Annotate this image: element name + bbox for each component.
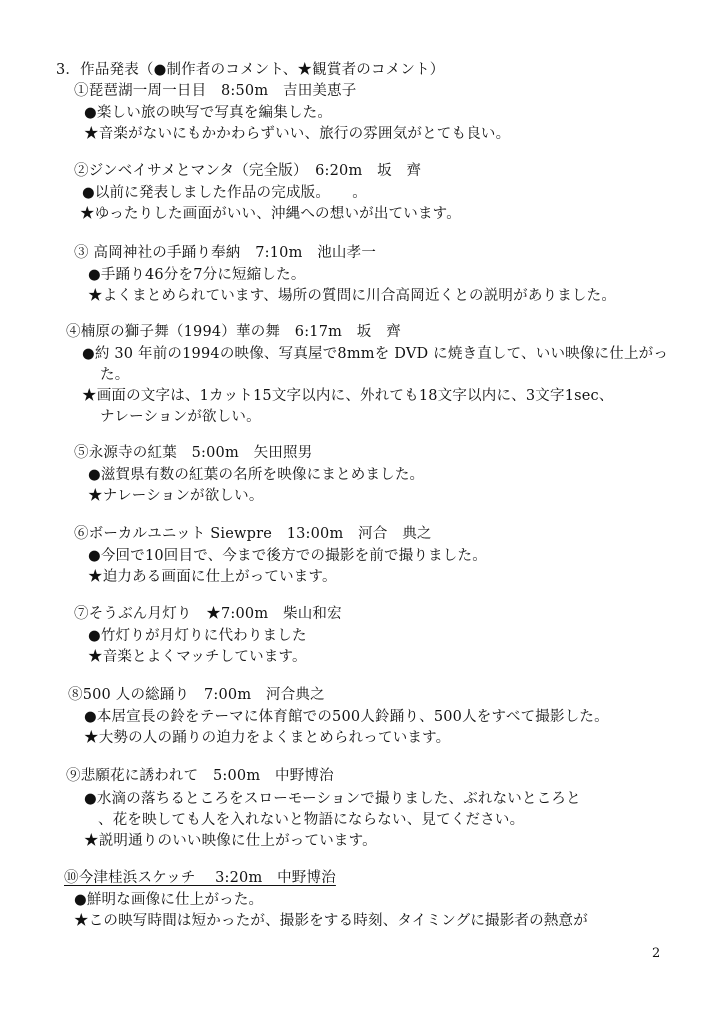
creator-comment: ●手踊り46分を7分に短縮した。 (88, 265, 306, 285)
entry-title: ②ジンベイサメとマンタ（完全版） 6:20m 坂 齊 (74, 161, 421, 181)
creator-comment: ●水滴の落ちるところをスローモーションで撮りました、ぶれないところと (84, 789, 581, 809)
viewer-comment: ★画面の文字は、1カット15文字以内に、外れても18文字以内に、3文字1sec、 (82, 386, 614, 406)
entry-title: ④楠原の獅子舞（1994）華の舞 6:17m 坂 齊 (66, 322, 401, 342)
viewer-comment: ★ナレーションが欲しい。 (88, 486, 264, 506)
creator-comment: ●今回で10回目で、今まで後方での撮影を前で撮りました。 (88, 546, 487, 566)
entry-title: ③ 高岡神社の手踊り奉納 7:10m 池山孝一 (74, 243, 376, 263)
creator-comment: ●鮮明な画像に仕上がった。 (74, 890, 263, 910)
entry-title: ①琵琶湖一周一日目 8:50m 吉田美恵子 (74, 81, 357, 101)
viewer-comment: ★大勢の人の踊りの迫力をよくまとめられっています。 (84, 728, 450, 748)
viewer-comment: ★音楽がないにもかかわらずいい、旅行の雰囲気がとても良い。 (84, 124, 510, 144)
creator-comment: ●以前に発表しました作品の完成版。 。 (82, 183, 367, 203)
creator-comment: ●本居宣長の鈴をテーマに体育館での500人鈴踊り、500人をすべて撮影した。 (84, 707, 609, 727)
creator-comment-cont: 、花を映しても人を入れないと物語にならない、見てください。 (98, 810, 524, 830)
entry-title: ⑨悲願花に誘われて 5:00m 中野博治 (66, 766, 334, 786)
viewer-comment: ★よくまとめられています、場所の質問に川合高岡近くとの説明がありました。 (88, 286, 616, 306)
section-heading: 3．作品発表（●制作者のコメント、★観賞者のコメント） (56, 60, 444, 80)
viewer-comment: ★ゆったりした画面がいい、沖縄への想いが出ています。 (80, 204, 461, 224)
creator-comment: ●竹灯りが月灯りに代わりました (88, 626, 307, 646)
creator-comment: ●楽しい旅の映写で写真を編集した。 (84, 103, 332, 123)
viewer-comment: ★音楽とよくマッチしています。 (88, 647, 307, 667)
entry-title: ⑧500 人の総踊り 7:00m 河合典之 (68, 685, 325, 705)
entry-title: ⑥ボーカルユニット Siewpre 13:00m 河合 典之 (74, 524, 432, 544)
creator-comment: ●約 30 年前の1994の映像、写真屋で8mmを DVD に焼き直して、いい映… (82, 344, 668, 364)
entry-title: ⑤永源寺の紅葉 5:00m 矢田照男 (74, 443, 312, 463)
viewer-comment: ★説明通りのいい映像に仕上がっています。 (84, 831, 377, 851)
viewer-comment: ★この映写時間は短かったが、撮影をする時刻、タイミングに撮影者の熱意が (74, 911, 588, 931)
page-number: 2 (652, 946, 660, 961)
viewer-comment-cont: ナレーションが欲しい。 (100, 407, 261, 427)
entry-title: ⑦そうぶん月灯り ★7:00m 柴山和宏 (74, 604, 342, 624)
creator-comment-cont: た。 (100, 365, 129, 385)
creator-comment: ●滋賀県有数の紅葉の名所を映像にまとめました。 (88, 465, 424, 485)
entry-title: ⑩今津桂浜スケッチ 3:20m 中野博治 (64, 868, 336, 888)
viewer-comment: ★迫力ある画面に仕上がっています。 (88, 567, 337, 587)
